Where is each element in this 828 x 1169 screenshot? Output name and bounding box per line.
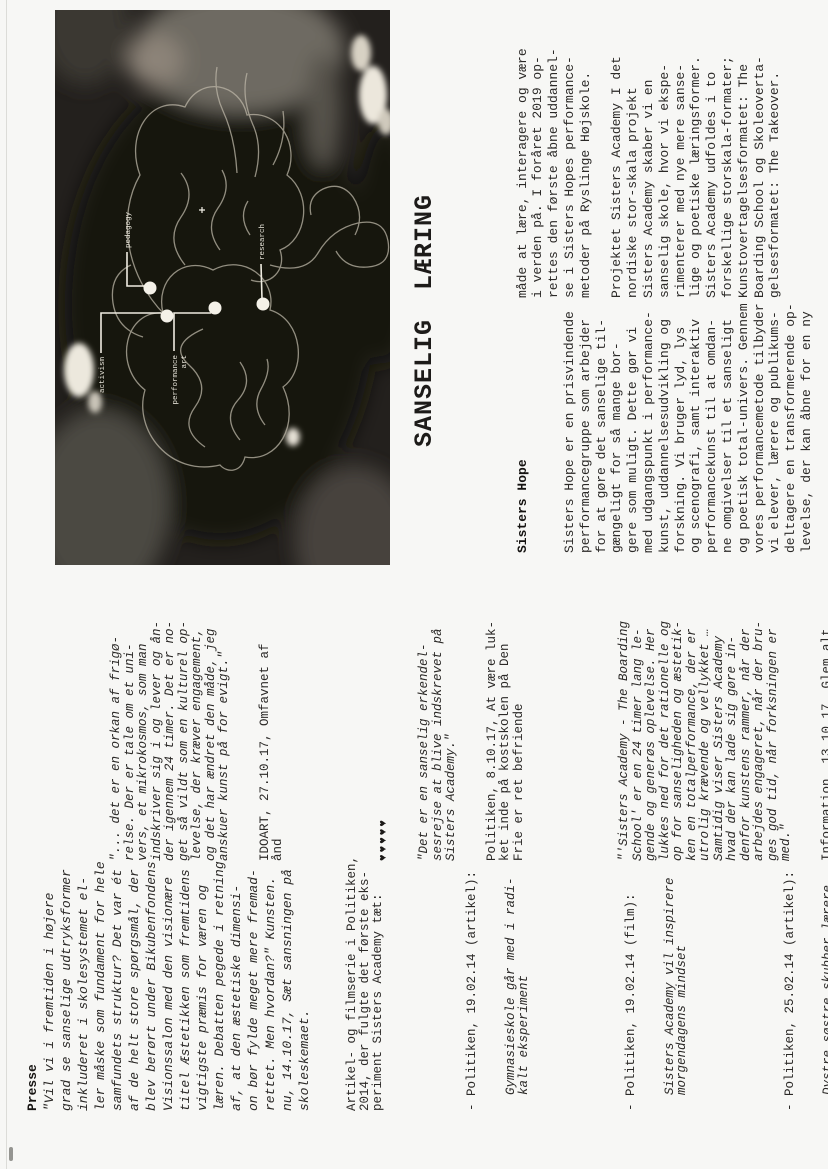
quote-3-text: "'Sisters Academy - The BoardingSchool' … <box>618 585 794 861</box>
text-line: gere som muligt. Dette gør vi <box>625 298 641 553</box>
text-line: IDOART, 27.10.17, Omfavnet af <box>259 585 273 861</box>
text-line: Projektet Sisters Academy I det <box>609 26 625 298</box>
sisters-hope-section: Sisters Hope Sisters Hope er en prisvind… <box>483 26 828 553</box>
text-line: ges god tid, når forksningen er <box>767 585 781 861</box>
text-line: School' er en 24 timer lang le- <box>632 585 646 861</box>
text-line: on bør fylde meget mere fremad- <box>245 845 262 1111</box>
text-line: af, at den æstetiske dimensi- <box>228 845 245 1111</box>
text-line: levelse, der kan åbne for en ny <box>799 298 815 553</box>
text-line: inkluderet i skolesystemet el- <box>75 845 92 1111</box>
text-line: med udgangspunkt i performance- <box>641 298 657 553</box>
press-item-source: - Politiken, 19.02.14 (artikel): <box>466 845 479 1095</box>
text-line: ket inde på kostskolen på Den <box>499 585 513 861</box>
artwork-svg: pedagogy activism performance art resear… <box>55 10 390 565</box>
sisters-hope-col2-text: måde at lære, interagere og værei verden… <box>515 26 784 298</box>
quote-2-text: "Det er en sanselig erkendel-sesrejse at… <box>418 585 459 861</box>
text-line: vigtigste præmis for væren og <box>194 845 211 1111</box>
quote-block-1: "... det er en orkan af frigø-relse. Der… <box>83 585 313 861</box>
text-line: metoder på Ryslinge Højskole. <box>578 26 594 298</box>
press-series-intro: Artikel- og filmserie i Politiken,2014, … <box>346 845 385 1111</box>
text-line: 2014, der fulgte det første eks- <box>359 845 372 1111</box>
text-line: rettes den første åbne uddannel- <box>546 26 562 298</box>
sisters-hope-col1-text: Sisters Hope er en prisvindendeperforman… <box>562 298 815 553</box>
sisters-hope-heading: Sisters Hope <box>515 298 531 553</box>
text-line: Dystre søstre skubber lærere <box>822 845 828 1095</box>
diagram-node-pedagogy <box>144 282 157 295</box>
press-series-items: - Politiken, 19.02.14 (artikel): Gymnasi… <box>410 845 828 1111</box>
text-line: skoleskemaet. <box>296 845 313 1111</box>
text-line: "'Sisters Academy - The Boarding <box>618 585 632 861</box>
text-line: og det har ændret den måde, jeg <box>205 585 219 861</box>
text-line: utrolig krævende og vellykket … <box>699 585 713 861</box>
text-line: grad se sanselige udtryksformer <box>58 845 75 1111</box>
text-line: se i Sisters Hopes performance- <box>562 26 578 298</box>
quote-1-text: "... det er en orkan af frigø-relse. Der… <box>110 585 232 861</box>
press-item-source: - Politiken, 25.02.14 (artikel): <box>784 845 797 1095</box>
text-line: Artikel- og filmserie i Politiken, <box>346 845 359 1111</box>
rating-hearts-icon: ♥♥♥♥♥ <box>378 585 392 861</box>
text-line: performancekunst til at omdan- <box>704 298 720 553</box>
text-line: "... det er en orkan af frigø- <box>110 585 124 861</box>
text-line: "Det er en sanselig erkendel- <box>418 585 432 861</box>
text-line: Sisters Hope er en prisvindende <box>562 298 578 553</box>
text-line: op for sanseligheden og æstetik- <box>672 585 686 861</box>
scanned-document-page: Presse "Vil vi i fremtiden i højeregrad … <box>0 0 828 1169</box>
text-line: Visionssalon med den visionære <box>160 845 177 1111</box>
text-line <box>594 26 610 298</box>
text-line: levelse, der kræver engagement, <box>191 585 205 861</box>
text-line: indskriver sig i og lever og ån- <box>151 585 165 861</box>
text-line: kalt eksperiment <box>518 845 531 1095</box>
text-line: forskning. Vi bruger lyd, lys <box>673 298 689 553</box>
scan-edge-line <box>6 0 7 1169</box>
text-line: anskuer kunst på for evigt." <box>218 585 232 861</box>
press-item-source: - Politiken, 19.02.14 (film): <box>625 845 638 1095</box>
text-line: forskellige storskala-formater; <box>720 26 736 298</box>
diagram-label-research: research <box>259 224 267 260</box>
text-line: med." <box>780 585 794 861</box>
text-line: titel Æstetikken som fremtidens <box>177 845 194 1111</box>
press-column: Presse "Vil vi i fremtiden i højeregrad … <box>24 845 828 1111</box>
text-line: vi elever, lærere og publikums- <box>767 298 783 553</box>
text-line: hvad der kan lade sig gøre in- <box>726 585 740 861</box>
diagram-node-activism <box>161 310 174 323</box>
text-line: Sisters Academy skaber vi en <box>641 26 657 298</box>
diagram-node-research <box>257 298 270 311</box>
press-item-title: Dystre søstre skubber lærereog elever ud… <box>822 845 828 1095</box>
text-line: morgendagens mindset <box>676 845 689 1095</box>
text-line: ler måske som fundament for hele <box>92 845 109 1111</box>
quote-3-attribution: Information, 13.10.17, Glem altom ration… <box>821 585 828 861</box>
press-list-item: - Politiken, 19.02.14 (film): Sisters Ac… <box>599 845 715 1111</box>
text-line: Sisters Academy udfoldes i to <box>704 26 720 298</box>
text-line: performancegruppe som arbejder <box>578 298 594 553</box>
text-line: for at gøre det sanselige til- <box>594 298 610 553</box>
text-line: Kunstovertagelsesformatet: The <box>736 26 752 298</box>
text-line: arbejdes engageret, når der bru- <box>753 585 767 861</box>
text-line: Boarding School og Skoleoverta- <box>752 26 768 298</box>
text-line: Samtidig viser Sisters Academy <box>713 585 727 861</box>
text-line: rimenterer med nye mere sanse- <box>673 26 689 298</box>
press-list-item: - Politiken, 19.02.14 (artikel): Gymnasi… <box>440 845 556 1111</box>
press-item-title: Sisters Academy vil inspireremorgendagen… <box>664 845 690 1095</box>
text-line: lukkes ned for det rationelle og <box>659 585 673 861</box>
rotated-page: Presse "Vil vi i fremtiden i højeregrad … <box>0 0 828 1169</box>
artwork-photo: pedagogy activism performance art resear… <box>55 10 390 565</box>
diagram-label-performance-line2: art <box>181 355 189 369</box>
text-line: gængeligt for så mange bor- <box>609 298 625 553</box>
press-item-title: Gymnasieskole går med i radi-kalt eksper… <box>505 845 531 1095</box>
quote-block-2: ♥♥♥♥♥ "Det er en sanselig erkendel-sesre… <box>351 585 554 861</box>
text-line: Politiken, 8.10.17, At være luk- <box>486 585 500 861</box>
quote-2-attribution: Politiken, 8.10.17, At være luk-ket inde… <box>486 585 527 861</box>
diagram-label-pedagogy: pedagogy <box>125 211 133 248</box>
press-series: Artikel- og filmserie i Politiken,2014, … <box>320 845 828 1111</box>
text-line: og poetisk total-univers. Gennem <box>736 298 752 553</box>
text-line: måde at lære, interagere og være <box>515 26 531 298</box>
text-line: nu, 14.10.17, Sæt sansningen på <box>279 845 296 1111</box>
text-line: vores performancemetode tilbyder <box>752 298 768 553</box>
text-line: gende og generøs oplevelse. Her <box>645 585 659 861</box>
text-line: Frie er ret befriende <box>513 585 527 861</box>
sisters-hope-column-1: Sisters Hope Sisters Hope er en prisvind… <box>483 298 828 553</box>
quotes-column: "... det er en orkan af frigø-relse. Der… <box>56 585 828 861</box>
text-line: gelsesformatet: The Takeover. <box>767 26 783 298</box>
diagram-label-performance-line1: performance <box>172 355 180 405</box>
diagram-node-performance-art <box>209 302 222 315</box>
page-title: SANSELIG LÆRING <box>410 194 439 447</box>
text-line: ånd <box>272 585 286 861</box>
diagram-label-activism: activism <box>99 357 107 394</box>
text-line: get så vildt som en kulturel op- <box>178 585 192 861</box>
text-line: deltagere en transformerende op- <box>783 298 799 553</box>
text-line: Gymnasieskole går med i radi- <box>505 845 518 1095</box>
text-line: ken en totalperformance, der er <box>686 585 700 861</box>
text-line: blev berørt under Bikubenfondens <box>143 845 160 1111</box>
text-line: samfundets struktur? Det var ét <box>109 845 126 1111</box>
text-line: vers, et mikrokosmos, som man <box>137 585 151 861</box>
quote-block-3: "'Sisters Academy - The BoardingSchool' … <box>591 585 828 861</box>
text-line: denfor kunstens rammer, når der <box>740 585 754 861</box>
text-line: i verden på. I foråret 2019 op- <box>530 26 546 298</box>
text-line: periment Sisters Academy tæt: <box>372 845 385 1111</box>
text-line: Information, 13.10.17, Glem alt <box>821 585 828 861</box>
text-line: lige og poetiske læringsformer. <box>688 26 704 298</box>
text-line: af de helt store spørgsmål, der <box>126 845 143 1111</box>
press-list-item: - Politiken, 25.02.14 (artikel): Dystre … <box>758 845 828 1111</box>
text-line: nordiske stor-skala projekt <box>625 26 641 298</box>
text-line: Sisters Academy." <box>445 585 459 861</box>
text-line: læren. Debatten pegede i retning <box>211 845 228 1111</box>
text-line: relse. Der er tale om et uni- <box>124 585 138 861</box>
text-line: kunst, uddannelsesudvikling og <box>657 298 673 553</box>
text-line: rettet. Men hvordan?" Kunsten. <box>262 845 279 1111</box>
text-line: ne omgivelser til et sanseligt <box>720 298 736 553</box>
press-quote: "Vil vi i fremtiden i højeregrad se sans… <box>41 845 313 1111</box>
quote-1-attribution: IDOART, 27.10.17, Omfavnet afånd <box>259 585 286 861</box>
text-line: der igennem 24 timer. Det er no- <box>164 585 178 861</box>
text-line: sesrejse at blive indskrevet på <box>432 585 446 861</box>
text-line: sanselig skole, hvor vi ekspe- <box>657 26 673 298</box>
scan-speck <box>9 1147 13 1161</box>
press-heading: Presse <box>24 845 41 1111</box>
text-line: og scenografi, samt interaktiv <box>688 298 704 553</box>
sisters-hope-column-2: måde at lære, interagere og værei verden… <box>483 26 828 298</box>
text-line: "Vil vi i fremtiden i højere <box>41 845 58 1111</box>
